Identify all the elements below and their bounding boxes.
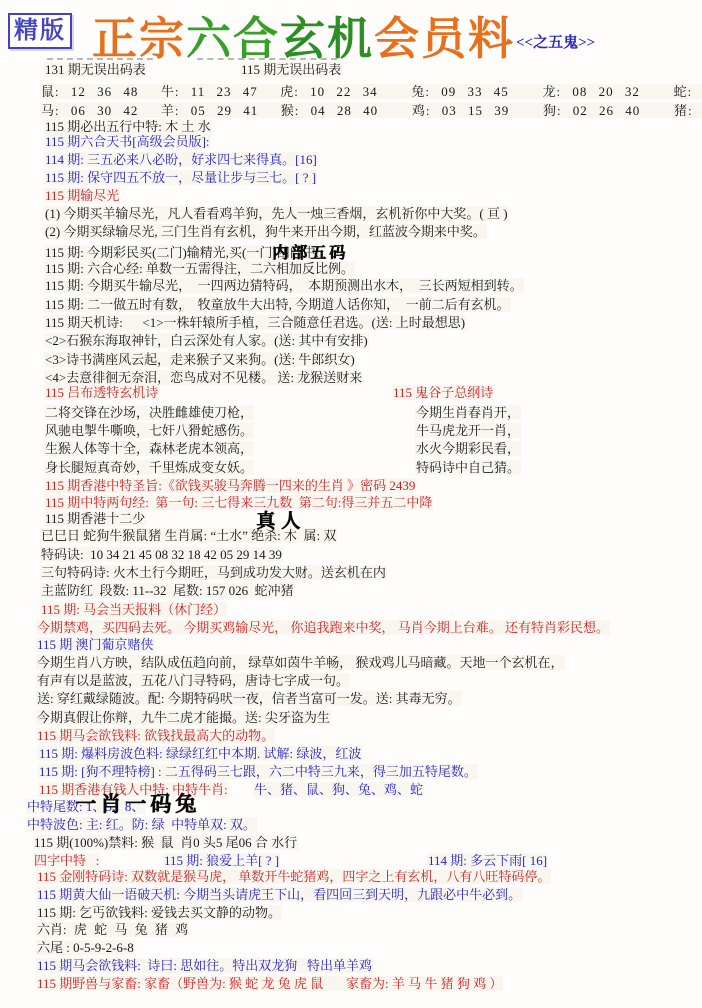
text-line: 115 期: 爆料房波色料: 绿绿红红中本期. 试解: 绿波，红波	[38, 746, 362, 761]
edition-badge: 精版	[8, 13, 72, 49]
text-line: 今期生肖春肖开，	[415, 405, 521, 420]
text-line: 115 期: [狗不理特榜] : 二五得码三七跟，六二中特三九来，得三加五特尾数…	[38, 764, 478, 779]
text-line: <3>诗书满座风云起，走来猴子又来狗。(送: 牛郎织女)	[44, 352, 356, 367]
text-line: 送: 穿红戴绿随波。配: 今期特码吠一夜，信者当富可一发。送: 其毒无穷。	[36, 691, 462, 706]
scribble-artifact	[47, 58, 153, 60]
text-line: 马: 06 30 42 羊: 05 29 41 猴: 04 28 40 鸡: 0…	[40, 103, 702, 118]
text-line: 114 期: 三五必来八必盼，好求四七来得真。[16]	[44, 152, 318, 167]
text-line: 115 期: 六合心经: 单数一五需得注，二六相加反比例。	[44, 261, 355, 276]
text-line: (1) 今期买羊输尽光，凡人看看鸡羊狗，先人一烛三香烟，玄机祈你中大奖。( 亘 …	[44, 206, 509, 221]
text-line: 115 期输尽光	[44, 188, 120, 203]
text-line: 115 期: 马会当天报料（休门经）	[40, 602, 227, 617]
text-line: 115 鬼谷子总纲诗	[392, 385, 494, 400]
text-line: (2) 今期买绿输尽光, 三门生肖有玄机，狗牛来开出今期，红蓝波今期来中奖。	[44, 224, 487, 239]
text-line: 115 期六合天书[高级会员版]:	[44, 134, 211, 149]
text-line: 主蓝防红 段数: 11--32 尾数: 157 026 蛇冲猪	[40, 583, 295, 598]
text-line: 牛、猪、鼠、狗、兔、鸡、蛇	[253, 782, 424, 797]
text-line: 115 期马会欲钱料: 欲钱找最高大的动物。	[36, 728, 275, 743]
stamp-overlay: 一肖一码兔	[75, 788, 200, 818]
text-line: 鼠: 12 36 48 牛: 11 23 47 虎: 10 22 34 兔: 0…	[40, 84, 702, 99]
title-segment: 正宗	[92, 14, 186, 64]
text-line: 115 期: 狼爱上羊[ ? ]	[163, 853, 280, 868]
scribble-artifact	[197, 58, 337, 60]
lottery-tip-sheet: 精版 正宗六合玄机会员料 <<之五鬼>> 131 期无误出码表115 期无误出码…	[0, 0, 702, 1008]
title-suffix: <<之五鬼>>	[516, 31, 595, 52]
text-line: 牛马虎龙开一肖，	[415, 423, 521, 438]
title-segment: 玄机	[280, 14, 374, 64]
title-segment: 六合	[186, 14, 280, 64]
title-segment: 会员料	[374, 14, 515, 64]
text-line: 115 期 澳门葡京赌侠	[36, 637, 155, 652]
text-line: 115 期无误出码表	[240, 62, 342, 77]
text-line: 三句特码诗: 火木土行今期旺，马到成功发大财。送玄机在内	[40, 565, 387, 580]
text-line: 六肖: 虎 蛇 马 兔 猪 鸡	[36, 922, 189, 937]
text-line: <2>石猴东海取神针，白云深处有人家。(送: 其中有安排)	[44, 333, 369, 348]
text-line: 115 期: 保守四五不放一，尽量让步与三七。[ ? ]	[44, 170, 317, 185]
text-line: 115 期野兽与家畜: 家畜（野兽为: 猴 蛇 龙 兔 虎 鼠 家畜为: 羊 马…	[36, 976, 503, 991]
text-line: 特码诀: 10 34 21 45 08 32 18 42 05 29 14 39	[40, 547, 283, 562]
text-line: 115 期(100%)禁料: 猴 鼠 肖0 头5 尾06 合 水行	[33, 835, 298, 850]
text-line: 114 期: 多云下雨[ 16]	[427, 853, 548, 868]
text-line: 今期真假让你辩，九牛二虎才能撮。送: 尖牙盗为生	[36, 710, 331, 725]
text-line: 115 吕布透特玄机诗	[44, 385, 159, 400]
text-line: 131 期无误出码表	[44, 62, 147, 77]
text-line: 115 期黄大仙一语破天机: 今期当头请虎王下山，看四回三到天明，九跟必中牛必到…	[36, 887, 522, 902]
text-line: 115 期马会欲钱料: 诗曰: 思如往。特出双龙狗 特出单羊鸡	[36, 958, 373, 973]
text-line: 115 期天机诗: <1>一株轩辕所手植，三合随意任君选。(送: 上时最想思)	[44, 315, 466, 330]
stamp-overlay: 真人	[256, 506, 306, 533]
text-line: 生猴人体等十全，森林老虎本领高，	[44, 441, 254, 456]
text-line: 115 期: 二一做五时有数， 牧童放牛大出特, 今期道人话你知， 一前二后有玄…	[44, 297, 511, 312]
text-line: 中特波色: 主: 红。防: 绿 中特单双: 双。	[26, 817, 257, 832]
stamp-overlay: 内部五码	[272, 240, 348, 263]
text-line: 115 期中特两句经: 第一句: 三七得来三九数 第二句:得三并五二中降	[44, 495, 433, 510]
text-line: 115 期香港中特圣旨:《欲钱买骏马奔腾一四来的生肖 》密码 2439	[44, 478, 416, 493]
text-line: 今期生肖八方映，结队成伍趋向前， 绿草如茵牛羊畅， 猴戏鸡儿马暗藏。天地一个玄机…	[36, 655, 565, 670]
text-line: 六尾 : 0-5-9-2-6-8	[36, 940, 135, 955]
text-line: 115 期香港十二少	[44, 511, 146, 526]
text-line: 水火今期彩民看，	[415, 441, 521, 456]
text-line: 115 金刚特码诗: 双数就是猴马虎， 单数开牛蛇猪鸡，四字之上有玄机，八有八旺…	[36, 869, 551, 884]
text-line: 特码诗中自己猜。	[415, 460, 521, 475]
text-line: 身长腿短真奇妙，千里炼成变女妖。	[44, 460, 254, 475]
text-line: 风驰电掣牛嘶唤，七奸八猾蛇感伤。	[44, 423, 254, 438]
text-line: <4>去意徘徊无奈泪，恋鸟成对不见楼。 送: 龙猴送财来	[44, 370, 363, 385]
text-line: 有声有以是蓝波，五花八门寻特码，唐诗七字成一句。	[36, 673, 350, 688]
text-line: 115 期: 今期买牛输尽光， 一四两边猜特码， 本期预测出水木， 三长两短相到…	[44, 278, 524, 293]
text-line: 今期禁鸡，买四码去死。 今期买鸡输尽光， 你追我跑来中奖， 马肖今期上台难。 还…	[36, 620, 610, 635]
text-line: 二将交锋在沙场，决胜雌雄使刀枪，	[44, 405, 254, 420]
text-line: 四字中特 :	[33, 853, 100, 868]
text-line: 115 期: 乞丐欲钱料: 爱钱去买文静的动物。	[36, 905, 282, 920]
text-line: 115 期必出五行中特: 木 土 水	[44, 119, 212, 134]
